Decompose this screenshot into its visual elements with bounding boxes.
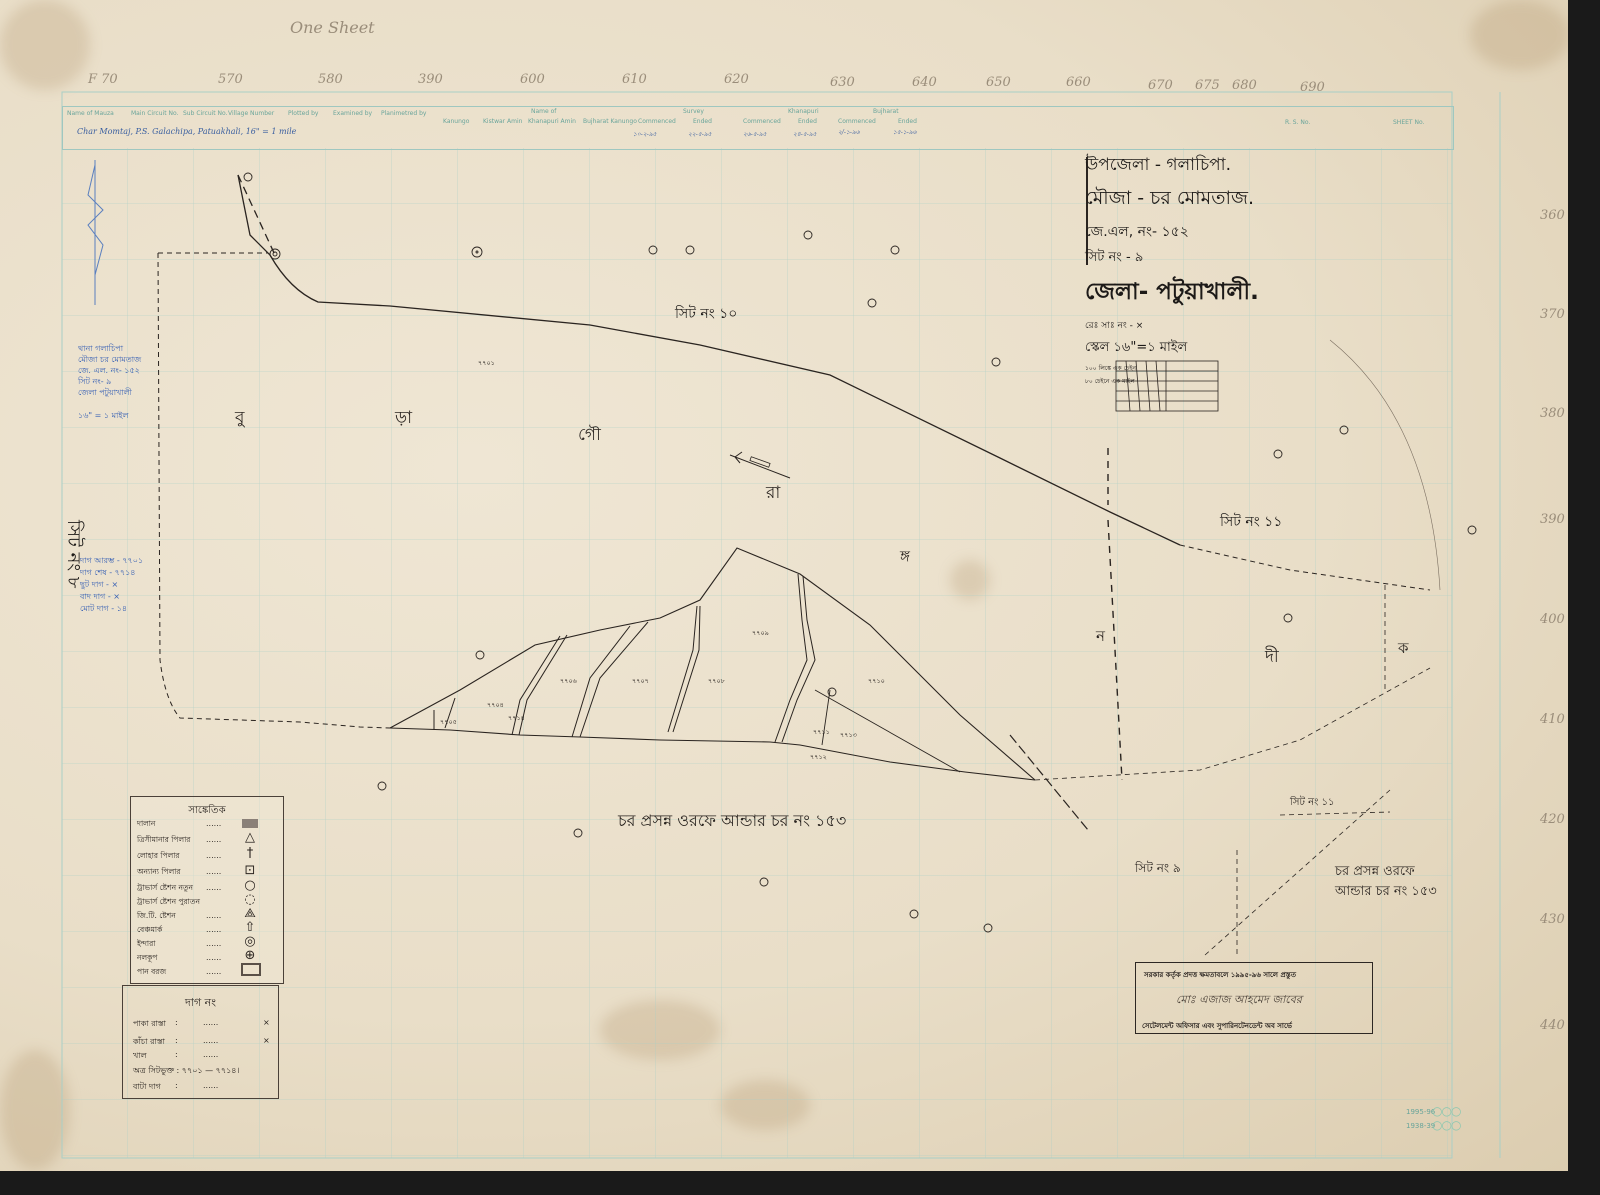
header-subcol: Commenced <box>743 118 781 125</box>
river-letter: গৌ <box>578 422 601 450</box>
square-dot-icon: ⊡ <box>241 863 259 878</box>
survey-date: ১০-২-৯৫ <box>633 129 657 140</box>
coord-label: 660 <box>1066 75 1091 90</box>
certificate-box: সরকার কর্তৃক প্রদত্ত ক্ষমতাবলে ১৯৯৫-৯৬ স… <box>1135 962 1373 1034</box>
coord-label: 680 <box>1232 78 1257 93</box>
dag-dots: ...... <box>203 1081 218 1090</box>
coord-label: 620 <box>724 72 749 87</box>
dag-title: দাগ নং <box>123 994 278 1013</box>
legend-dots: ...... <box>206 953 221 962</box>
parcel-number: ৭৭০৮ <box>708 676 725 687</box>
legend-label: ত্রিসীমানার পিলার <box>137 835 190 847</box>
parcel-number: ৭৭০৯ <box>752 628 769 639</box>
header-col: R. S. No. <box>1285 119 1310 126</box>
dag-number-box: দাগ নং পাকা রাস্তা : ...... × কাঁচা রাস্… <box>122 985 279 1099</box>
coord-label: 380 <box>1540 406 1565 421</box>
rs-number: রেঃ সাঃ নং - × <box>1085 318 1325 333</box>
parcel-number: ৭৭০৭ <box>632 676 649 687</box>
dag-value: × <box>263 1018 270 1027</box>
legend-label: অন্যান্য পিলার <box>137 867 180 879</box>
sheet-label-south: চর প্রসন্ন ওরফে আন্ডার চর নং ১৫৩ <box>618 808 846 835</box>
plot-note: দাগ শেষ - ৭৭১৪ <box>80 567 143 579</box>
margin-notes-left: থানা গলাচিপা মৌজা চর মোমতাজ জে. এল. নং- … <box>78 343 141 421</box>
note: One Sheet <box>290 18 375 37</box>
legend-dots: ...... <box>206 883 221 892</box>
stamp-year: 1995-96 <box>1406 1108 1435 1116</box>
circle-icon: ○ <box>241 878 259 893</box>
header-subcol: Bujharat Kanungo <box>583 118 637 125</box>
dag-row-label: খাল <box>133 1050 147 1063</box>
margin-plot-notes: দাগ আরম্ভ - ৭৭০১ দাগ শেষ - ৭৭১৪ ছুট দাগ … <box>80 555 143 615</box>
river-letter: ড়া <box>395 405 412 433</box>
legend-title: সাঙ্কেতিক <box>131 803 283 820</box>
sheet-label-se-b: সিট নং ৯ <box>1135 860 1181 880</box>
margin-note: জেলা পটুয়াখালী <box>78 387 141 398</box>
survey-date: ২/-১-৯৬ <box>838 127 860 138</box>
parcel-number: ৭৭০৬ <box>560 676 577 687</box>
parcel-number: ৭৭১২ <box>810 752 827 763</box>
sheet-number: সিট নং - ৯ <box>1085 248 1325 269</box>
dag-row-label: বাটা দাগ <box>133 1081 161 1094</box>
parcel-number: ৭৭০৪ <box>487 700 504 711</box>
coord-label: 690 <box>1300 80 1325 95</box>
legend-dots: ...... <box>206 835 221 844</box>
parcel-number: ৭৭০৫ <box>440 717 457 728</box>
coord-label: 580 <box>318 72 343 87</box>
river-letter: ন <box>1096 625 1105 650</box>
coord-label: 600 <box>520 72 545 87</box>
dag-dots: ...... <box>203 1050 218 1059</box>
dag-sep: : <box>175 1018 178 1027</box>
sheet-label-se-c2: আন্ডার চর নং ১৫৩ <box>1335 882 1437 903</box>
coord-label: 400 <box>1540 612 1565 627</box>
coord-label: 430 <box>1540 912 1565 927</box>
margin-note: সিট নং- ৯ <box>78 376 141 387</box>
margin-note: থানা গলাচিপা <box>78 343 141 354</box>
scale-note: ১০০ লিঙ্কে এক চেইন <box>1085 363 1325 374</box>
upazila-label: উপজেলা - গলাচিপা. <box>1085 152 1325 180</box>
survey-date: ২২-৫-৯৫ <box>688 129 712 140</box>
coord-label: 670 <box>1148 78 1173 93</box>
coord-label: 570 <box>218 72 243 87</box>
header-subcol: Ended <box>693 118 712 125</box>
legend-label: বেঞ্চমার্ক <box>137 925 162 937</box>
dag-sep: : <box>175 1036 178 1045</box>
legend-dots: ...... <box>206 967 221 976</box>
legend-label: ট্রাভার্স ষ্টেশন নতুন <box>137 883 193 895</box>
betel-box-icon <box>241 963 259 980</box>
header-col: Khanapuri <box>788 108 819 115</box>
dagger-icon: † <box>241 846 259 861</box>
scale-label: স্কেল ১৬"=১ মাইল <box>1085 338 1325 359</box>
certificate-line1: সরকার কর্তৃক প্রদত্ত ক্ষমতাবলে ১৯৯৫-৯৬ স… <box>1144 969 1372 981</box>
dag-row-label: কাঁচা রাস্তা <box>133 1036 165 1049</box>
coord-label: 675 <box>1195 78 1220 93</box>
dashed-circle-icon: ◌ <box>241 892 259 907</box>
header-col: SHEET No. <box>1393 119 1424 126</box>
map-sheet: F 70 570 580 390 600 610 620 630 640 650… <box>0 0 1568 1171</box>
legend-label: ট্রাভার্স ষ্টেশন পুরাতন <box>137 897 200 909</box>
header-col: Survey <box>683 108 704 115</box>
header-subcol: Commenced <box>638 118 676 125</box>
dag-value: × <box>263 1036 270 1045</box>
parcel-number: ৭৭১১ <box>813 727 830 738</box>
circle-plus-icon: ⊕ <box>241 948 259 963</box>
legend-label: নলকূপ <box>137 953 157 965</box>
certificate-line3: সেটেলমেন্ট অফিসার এবং সুপারিনটেনডেন্ট অব… <box>1142 1020 1372 1032</box>
header-subcol: Ended <box>798 118 817 125</box>
legend-label: দালান <box>137 819 155 831</box>
header-subcol: Kanungo <box>443 118 469 125</box>
dag-sep: : <box>175 1081 178 1090</box>
river-letter: ক <box>1398 637 1409 662</box>
header-col: Village Number <box>228 110 274 117</box>
sheet-label-north: সিট নং ১০ <box>675 302 737 326</box>
river-letter: বু <box>235 405 244 433</box>
header-subcol: Ended <box>898 118 917 125</box>
legend-dots: ...... <box>206 851 221 860</box>
sheet-label-se-a: সিট নং ১১ <box>1290 795 1335 812</box>
header-col: Name of Mauza <box>67 110 114 117</box>
header-col: Name of <box>531 108 556 115</box>
dag-dots: ...... <box>203 1036 218 1045</box>
legend-label: লোহার পিলার <box>137 851 180 863</box>
parcel-number: ৭৭১৪ <box>508 713 525 724</box>
survey-date: ১৫-১-৯৬ <box>893 127 917 138</box>
river-letter: রা <box>766 480 780 508</box>
coord-label: 360 <box>1540 208 1565 223</box>
legend-box: সাঙ্কেতিক দালান ত্রিসীমানার পিলার লোহার … <box>130 796 284 984</box>
legend-label: জি.টি. ষ্টেশন <box>137 911 176 923</box>
header-col: Bujharat <box>873 108 899 115</box>
header-col: Main Circuit No. <box>131 110 178 117</box>
arrow-up-icon: ⇧ <box>241 920 259 935</box>
header-subcol: Khanapuri Amin <box>528 118 576 125</box>
legend-dots: ...... <box>206 925 221 934</box>
legend-label: ইন্দারা <box>137 939 155 951</box>
sheet-label-se-c1: চর প্রসন্ন ওরফে <box>1335 862 1415 883</box>
coord-label: 440 <box>1540 1018 1565 1033</box>
coord-label: 650 <box>986 75 1011 90</box>
coord-label: 640 <box>912 75 937 90</box>
coord-label: 410 <box>1540 712 1565 727</box>
coord-label: 610 <box>622 72 647 87</box>
double-circle-icon: ◎ <box>241 934 259 949</box>
legend-dots: ...... <box>206 911 221 920</box>
jl-number: জে.এল, নং- ১৫২ <box>1085 220 1325 244</box>
sheet-ref: F 70 <box>88 72 118 87</box>
river-letter: ঙ্গ <box>900 545 910 570</box>
margin-note: মৌজা চর মোমতাজ <box>78 354 141 365</box>
coord-label: 630 <box>830 75 855 90</box>
header-subcol: Kistwar Amin <box>483 118 522 125</box>
scale-note: ৮০ চেইনে এক মাইল <box>1085 376 1325 387</box>
handwritten-mauza: Char Momtaj, P.S. Galachipa, Patuakhali,… <box>77 127 296 136</box>
parcel-number: ৭৭১০ <box>868 676 885 687</box>
plot-note: বাদ দাগ - × <box>80 591 143 603</box>
legend-dots: ...... <box>206 819 221 828</box>
legend-label: পান বরজ <box>137 967 166 979</box>
survey-date: ২৪-৫-৯৫ <box>793 129 817 140</box>
plot-note: দাগ আরম্ভ - ৭৭০১ <box>80 555 143 567</box>
parcel-number: ৭৭০১ <box>478 358 495 369</box>
dag-row-label: অত্র সিটভুক্ত : ৭৭০১ — ৭৭১৪। <box>133 1065 239 1078</box>
river-letter: দী <box>1265 644 1279 672</box>
coord-label: 390 <box>1540 512 1565 527</box>
header-table: Name of Mauza Main Circuit No. Sub Circu… <box>62 106 1454 150</box>
stamp-year: 1938-39 <box>1406 1122 1435 1130</box>
coord-label: 420 <box>1540 812 1565 827</box>
title-block: উপজেলা - গলাচিপা. মৌজা - চর মোমতাজ. জে.এ… <box>1085 152 1325 387</box>
header-subcol: Commenced <box>838 118 876 125</box>
header-col: Examined by <box>333 110 372 117</box>
dag-row-label: পাকা রাস্তা <box>133 1018 166 1031</box>
margin-note: ১৬" = ১ মাইল <box>78 410 141 421</box>
sheet-label-east: সিট নং ১১ <box>1220 510 1282 534</box>
coord-label: 370 <box>1540 307 1565 322</box>
survey-date: ২৬-৫-৯৫ <box>743 129 767 140</box>
signature: মোঃ এজাজ আহমেদ জাবের <box>1176 991 1372 1010</box>
header-col: Plotted by <box>288 110 318 117</box>
margin-note: জে. এল. নং- ১৫২ <box>78 365 141 376</box>
coord-label: 390 <box>418 72 443 87</box>
stamp-circles-icon: ○○○○○○ <box>1432 1104 1460 1132</box>
parcel-number: ৭৭১৩ <box>840 730 857 741</box>
plot-note: মোট দাগ - ১৪ <box>80 603 143 615</box>
header-col: Planimetred by <box>381 110 426 117</box>
triangle-icon: △ <box>241 830 259 845</box>
header-col: Sub Circuit No. <box>183 110 228 117</box>
plot-note: ছুট দাগ - × <box>80 579 143 591</box>
dag-dots: ...... <box>203 1018 218 1027</box>
dag-sep: : <box>175 1050 178 1059</box>
triangle-in-triangle-icon: ⟁ <box>241 906 259 921</box>
district-label: জেলা- পটুয়াখালী. <box>1085 273 1325 312</box>
mouza-label: মৌজা - চর মোমতাজ. <box>1085 184 1325 216</box>
legend-dots: ...... <box>206 939 221 948</box>
legend-dots: ...... <box>206 867 221 876</box>
